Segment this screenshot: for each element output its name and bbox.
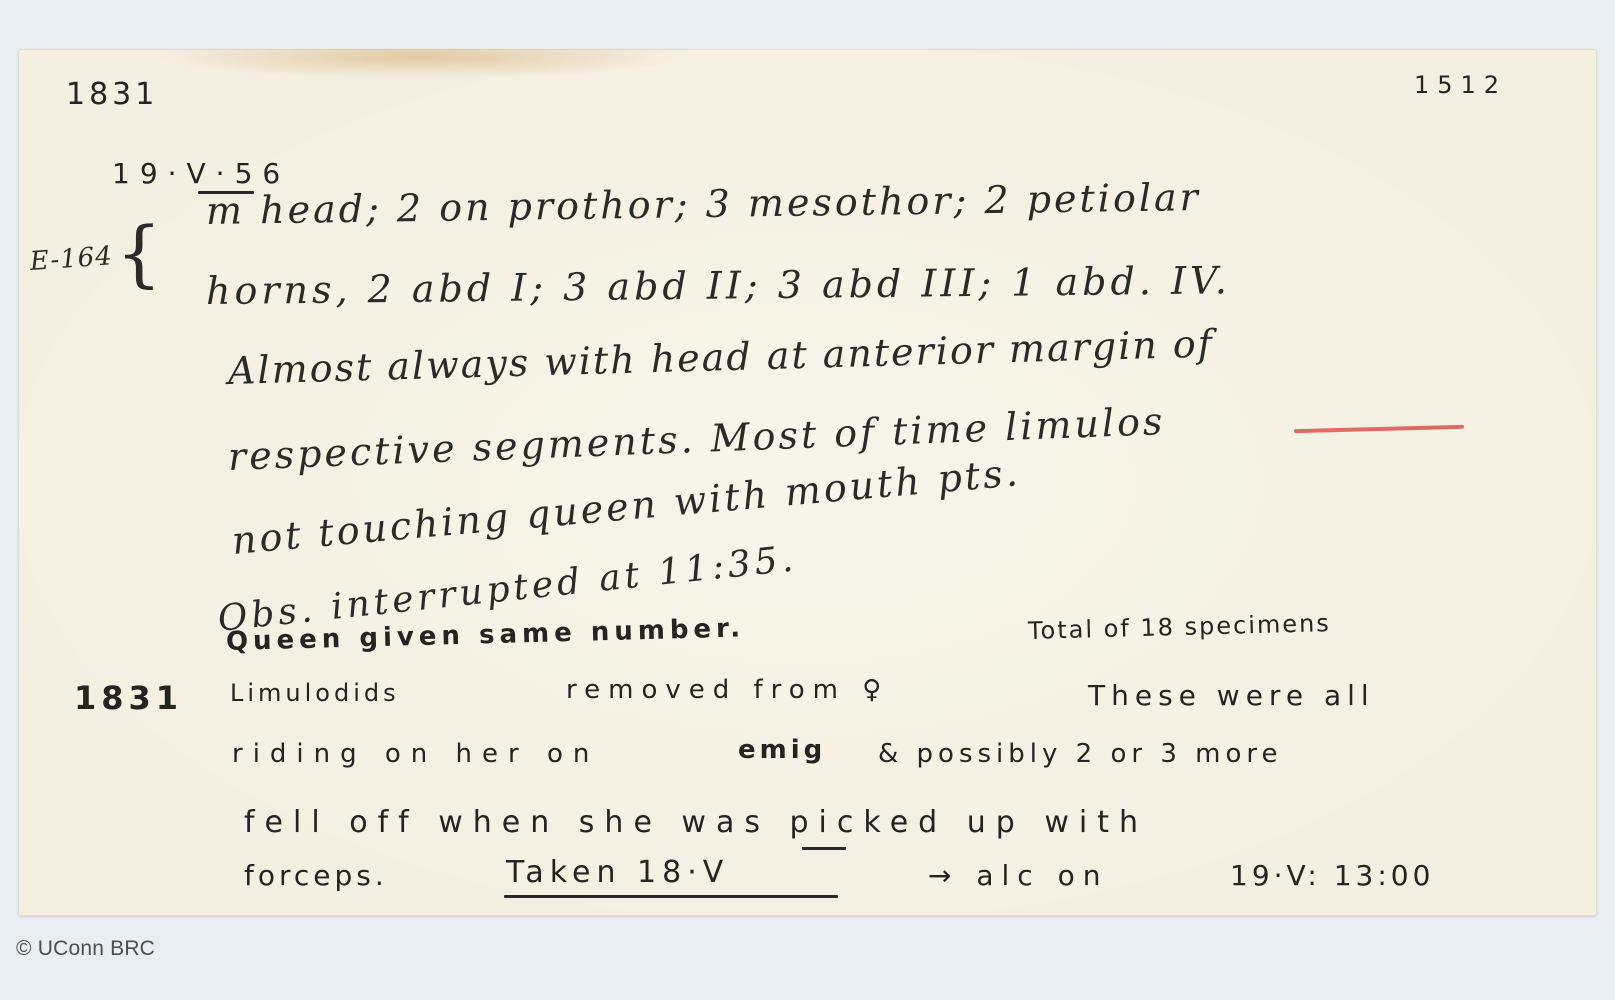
second-entry-catalog-number: 1831 bbox=[74, 679, 183, 717]
second-entry-line2-a: riding on her on bbox=[232, 739, 599, 769]
note-line-1: m head; 2 on prothor; 3 mesothor; 2 peti… bbox=[206, 175, 1201, 233]
copyright-notice: © UConn BRC bbox=[16, 937, 155, 961]
second-entry-line4-a: forceps. bbox=[244, 859, 388, 892]
second-entry-line2-c: & possibly 2 or 3 more bbox=[878, 739, 1282, 769]
note-line-4: respective segments. Most of time limulo… bbox=[227, 399, 1166, 479]
red-pencil-underline bbox=[1294, 425, 1464, 433]
card-number-top-right: 1512 bbox=[1414, 71, 1507, 99]
catalog-number-top-left: 1831 bbox=[66, 77, 158, 112]
second-entry-line4-c: → alc on bbox=[928, 859, 1108, 892]
second-entry-line4-d: 19·V: 13:00 bbox=[1230, 859, 1434, 892]
date-note: 19·V·56 bbox=[112, 157, 290, 190]
second-entry-line4-b: Taken 18·V bbox=[506, 855, 729, 890]
margin-note-code: E-164 bbox=[29, 241, 114, 277]
second-entry-line3: fell off when she was picked up with bbox=[244, 805, 1148, 840]
note-line-2: horns, 2 abd I; 3 abd II; 3 abd III; 1 a… bbox=[206, 258, 1231, 313]
note-line-total: Total of 18 specimens bbox=[1028, 609, 1331, 645]
second-entry-line1-b: removed from ♀ bbox=[566, 675, 889, 705]
second-entry-line1-a: Limulodids bbox=[230, 679, 400, 707]
taken-roman-overline bbox=[802, 847, 846, 850]
index-card: 1831 1512 19·V·56 E-164 { m head; 2 on p… bbox=[18, 49, 1597, 916]
second-entry-line1-c: These were all bbox=[1088, 679, 1375, 712]
note-line-3: Almost always with head at anterior marg… bbox=[227, 321, 1214, 393]
brace-icon: { bbox=[116, 217, 162, 289]
taken-underline bbox=[504, 895, 838, 898]
second-entry-line2-b: emig bbox=[738, 735, 826, 765]
